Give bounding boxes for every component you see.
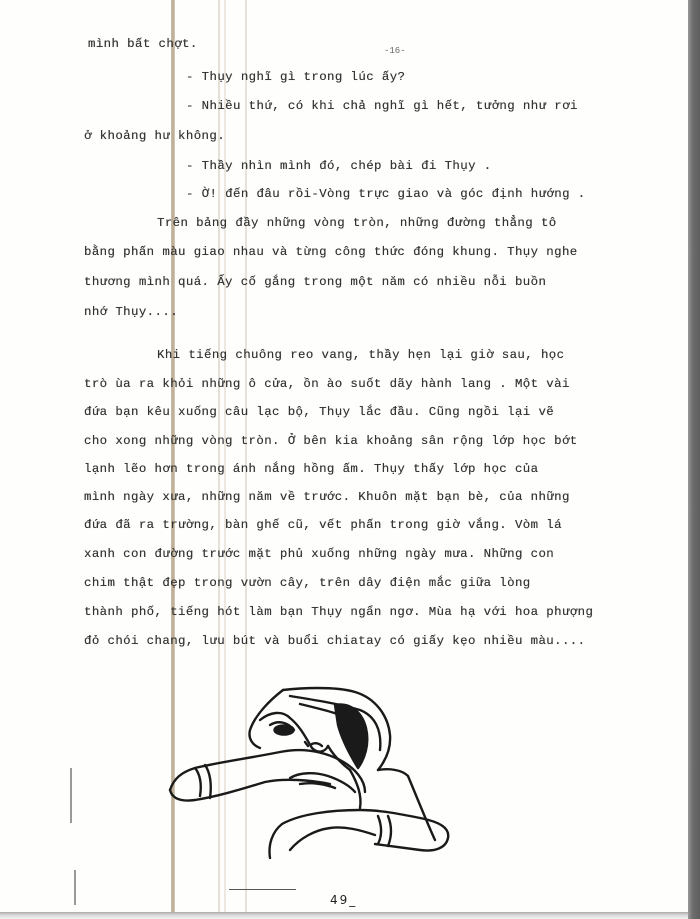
- text-line: ở khoảng hư không.: [84, 129, 225, 143]
- paragraph-line: đứa đã ra trường, bàn ghế cũ, vết phấn t…: [84, 518, 562, 532]
- dialogue-line: - Thụy nghĩ gì trong lúc ấy?: [186, 70, 405, 84]
- page-number: 49_: [330, 893, 357, 907]
- page-marker: -16-: [384, 46, 406, 56]
- girl-illustration: [150, 660, 470, 860]
- page-right-edge: [688, 0, 700, 919]
- paragraph-line: đỏ chói chang, lưu bút và buổi chiatay c…: [84, 634, 585, 648]
- page-bottom-edge: [0, 912, 688, 919]
- scan-artifact: [74, 870, 76, 905]
- paragraph-line: cho xong những vòng tròn. Ở bên kia khoả…: [84, 434, 578, 448]
- scan-artifact: [70, 768, 72, 823]
- paragraph-line: lạnh lẽo hơn trong ánh nắng hồng ấm. Thụ…: [84, 462, 538, 476]
- paragraph-line: trò ùa ra khỏi những ô cửa, ồn ào suốt d…: [84, 377, 570, 391]
- paragraph-line: thương mình quá. Ấy cố gắng trong một nă…: [84, 275, 546, 289]
- dialogue-line: - Ờ! đến đâu rồi-Vòng trực giao và góc đ…: [186, 187, 586, 201]
- paragraph-line: Khi tiếng chuông reo vang, thầy hẹn lại …: [157, 348, 564, 362]
- dialogue-line: - Nhiều thứ, có khi chả nghĩ gì hết, tưở…: [186, 99, 578, 113]
- paragraph-line: thành phố, tiếng hót làm bạn Thụy ngẩn n…: [84, 605, 593, 619]
- paragraph-line: bằng phấn màu giao nhau và từng công thứ…: [84, 245, 578, 259]
- dialogue-line: - Thầy nhìn mình đó, chép bài đi Thụy .: [186, 159, 492, 173]
- footer-rule: [229, 889, 296, 890]
- paragraph-line: Trên bảng đầy những vòng tròn, những đườ…: [157, 216, 557, 230]
- paragraph-line: nhớ Thụy....: [84, 305, 178, 319]
- text-line: mình bất chợt.: [88, 37, 198, 51]
- paragraph-line: chim thật đẹp trong vườn cây, trên dây đ…: [84, 576, 531, 590]
- paragraph-line: đứa bạn kêu xuống câu lạc bộ, Thụy lắc đ…: [84, 405, 554, 419]
- paragraph-line: xanh con đường trước mặt phủ xuống những…: [84, 547, 554, 561]
- paragraph-line: mình ngày xưa, những năm về trước. Khuôn…: [84, 490, 570, 504]
